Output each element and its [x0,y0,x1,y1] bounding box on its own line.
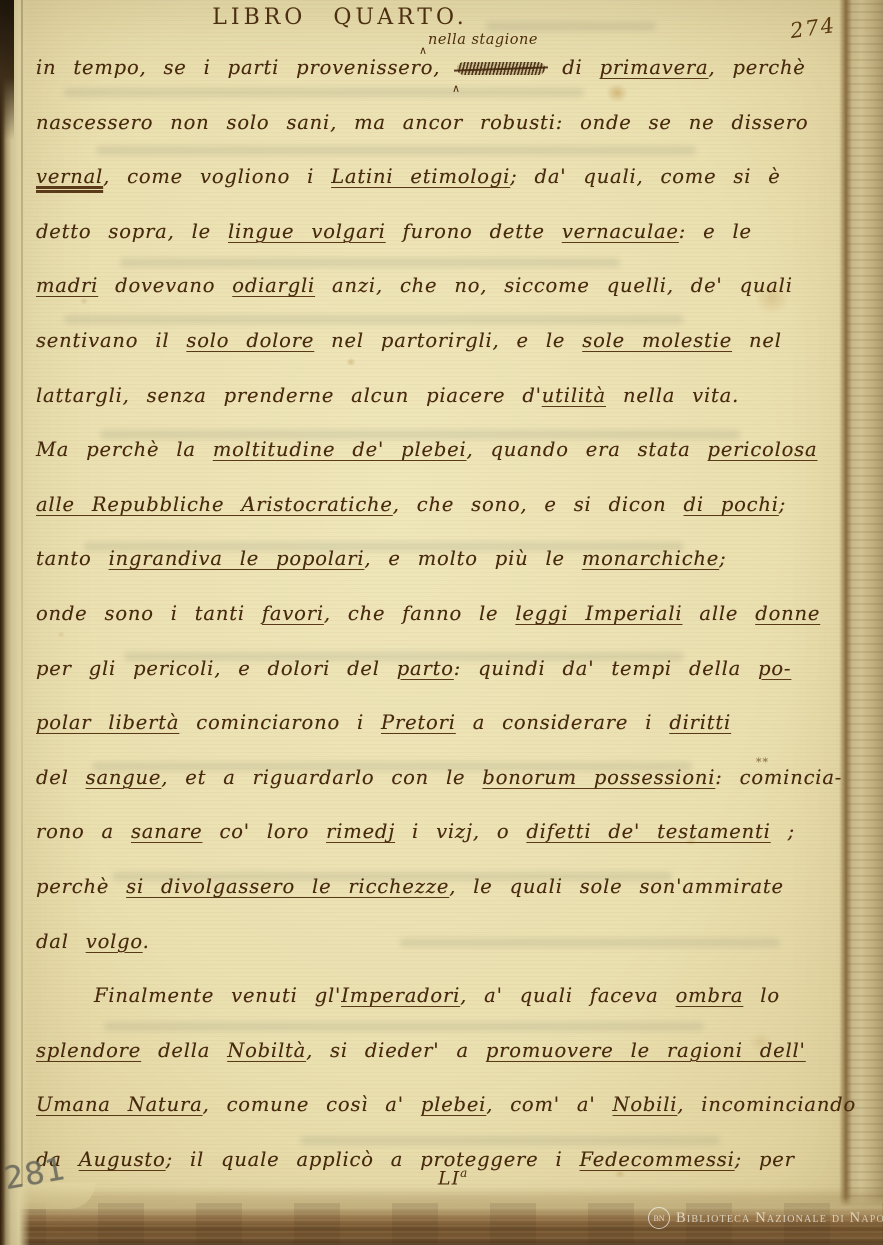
manuscript-page-scan: LIBRO QUARTO. 274 nella stagione ∧ ∧ in … [0,0,883,1245]
text-segment: nella vita. [606,384,739,407]
gutter-crease [21,0,23,1185]
text-segment: in tempo, se i parti provenissero, [36,56,457,79]
manuscript-line: onde sono i tanti favori, che fanno le l… [36,587,835,642]
manuscript-lines: in tempo, se i parti provenissero, di pr… [36,41,835,1187]
text-segment: nel [732,329,782,352]
text-segment: di [545,56,599,79]
text-segment: Ma perchè la [36,438,213,461]
text-segment: , si dieder' a [306,1039,486,1062]
text-segment: ; [771,820,795,843]
manuscript-line: splendore della Nobiltà, si dieder' a pr… [36,1024,835,1079]
underlined-word: splendore [36,1039,141,1062]
text-segment: dal [36,930,86,953]
underlined-word: parto [397,657,454,680]
text-segment: : comincia- [715,766,842,789]
text-segment: i vizj, o [395,820,526,843]
text-segment: tanto [36,547,109,570]
manuscript-line: polar libertà cominciarono i Pretori a c… [36,696,835,751]
manuscript-line: detto sopra, le lingue volgari furono de… [36,205,835,260]
underlined-word: ingrandiva le popolari [109,547,365,570]
text-segment: per gli pericoli, e dolori del [36,657,397,680]
underlined-word: madri [36,274,98,297]
underlined-word: sole molestie [582,329,732,352]
underlined-word: vernaculae [562,220,679,243]
text-segment: , le quali sole son'ammirate [449,875,784,898]
underlined-word: leggi Imperiali [515,602,682,625]
text-segment: nascessero non solo sani, ma ancor robus… [36,111,808,134]
text-segment: , com' a' [486,1093,612,1116]
text-segment: rono a [36,820,131,843]
underlined-word: donne [755,602,820,625]
underlined-word: ombra [676,984,744,1007]
page-stack-lines [847,0,883,1245]
library-logo-icon: BN [648,1207,670,1229]
underlined-word: moltitudine de' plebei [213,438,467,461]
folio-number-ink: 274 [789,13,838,43]
underlined-word: si divolgassero le ricchezze [126,875,449,898]
manuscript-line: perchè si divolgassero le ricchezze, le … [36,860,835,915]
text-segment: onde sono i tanti [36,602,262,625]
underlined-word: polar libertà [36,711,179,734]
top-left-shadow [0,0,14,140]
text-segment: nel partorirgli, e le [314,329,582,352]
library-watermark-text: Biblioteca Nazionale di Napoli [676,1210,883,1227]
underlined-word: pericolosa [708,438,818,461]
text-segment: sentivano il [36,329,186,352]
text-segment: lattargli, senza prenderne alcun piacere… [36,384,542,407]
underlined-word: Fedecommessi [580,1148,735,1171]
underlined-word: utilità [542,384,606,407]
catchword-letters: LI [438,1167,460,1189]
underlined-word: Augusto [79,1148,166,1171]
underlined-word: Nobili [613,1093,678,1116]
underlined-word: sanare [131,820,202,843]
text-segment: : e le [679,220,752,243]
text-segment: , che sono, e si dicon [393,493,684,516]
text-segment: del [36,766,86,789]
text-segment: ; [719,547,726,570]
underlined-word: favori [262,602,324,625]
manuscript-line: vernal, come vogliono i Latini etimologi… [36,150,835,205]
manuscript-line: Finalmente venuti gl'Imperadori, a' qual… [36,969,835,1024]
underlined-word: Imperadori [341,984,460,1007]
text-segment: , quando era stata [466,438,707,461]
crossed-out-word [457,62,545,75]
text-segment: , a' quali faceva [460,984,675,1007]
text-segment: , et a riguardarlo con le [161,766,482,789]
text-segment: co' loro [202,820,326,843]
underlined-word: Nobiltà [227,1039,306,1062]
text-segment: , comune così a' [203,1093,421,1116]
manuscript-line: per gli pericoli, e dolori del parto: qu… [36,642,835,697]
catchword-superscript: a [460,1166,468,1180]
underlined-word: difetti de' testamenti [526,820,770,843]
text-segment: , e molto più le [364,547,581,570]
manuscript-line: tanto ingrandiva le popolari, e molto pi… [36,532,835,587]
underlined-word: plebei [421,1093,486,1116]
text-segment: , che fanno le [324,602,516,625]
underlined-word: Umana Natura [36,1093,203,1116]
text-segment: ; da' quali, come si è [510,165,780,188]
manuscript-line: alle Repubbliche Aristocratiche, che son… [36,478,835,533]
underlined-word: monarchiche [582,547,719,570]
text-segment: a considerare i [456,711,670,734]
text-segment: cominciarono i [179,711,381,734]
text-segment: detto sopra, le [36,220,228,243]
underlined-word: solo dolore [186,329,314,352]
text-segment: perchè [36,875,126,898]
underlined-word: Latini etimologi [331,165,510,188]
text-segment: : quindi da' tempi della [454,657,758,680]
text-segment: Finalmente venuti gl' [94,984,341,1007]
underlined-word: Pretori [381,711,456,734]
manuscript-line: Umana Natura, comune così a' plebei, com… [36,1078,835,1133]
text-segment: furono dette [386,220,562,243]
underlined-word: diritti [669,711,731,734]
manuscript-line: Ma perchè la moltitudine de' plebei, qua… [36,423,835,478]
underlined-word: odiargli [232,274,315,297]
manuscript-line: lattargli, senza prenderne alcun piacere… [36,369,835,424]
margin-mark: ⁎⁎ [756,752,769,765]
underlined-word: rimedj [326,820,395,843]
manuscript-line: sentivano il solo dolore nel partorirgli… [36,314,835,369]
manuscript-line: dal volgo. [36,915,835,970]
catchword: LIa [438,1166,468,1189]
underlined-word: di pochi [684,493,779,516]
chapter-heading: LIBRO QUARTO. [150,5,530,30]
text-segment: ; il quale applicò a proteggere i [166,1148,580,1171]
text-segment: , perchè [708,56,805,79]
underlined-word: bonorum possessioni [482,766,715,789]
text-segment: ; per [735,1148,795,1171]
library-watermark: BN Biblioteca Nazionale di Napoli [648,1207,883,1229]
text-segment: , incominciando [677,1093,856,1116]
text-segment: lo [743,984,780,1007]
text-segment: dovevano [98,274,232,297]
text-segment: anzi, che no, siccome quelli, de' quali [315,274,793,297]
underlined-word: promuovere le ragioni dell' [486,1039,806,1062]
underlined-word: po- [758,657,791,680]
manuscript-line: rono a sanare co' loro rimedj i vizj, o … [36,805,835,860]
underlined-word: volgo [86,930,143,953]
underlined-word: vernal [36,165,103,188]
underlined-word: sangue [86,766,162,789]
manuscript-line: in tempo, se i parti provenissero, di pr… [36,41,835,96]
manuscript-line: nascessero non solo sani, ma ancor robus… [36,96,835,151]
text-segment: ; [779,493,786,516]
manuscript-line: madri dovevano odiargli anzi, che no, si… [36,259,835,314]
binding-gutter [0,0,30,1245]
underlined-word: primavera [600,56,709,79]
underlined-word: alle Repubbliche Aristocratiche [36,493,393,516]
manuscript-line: da Augusto; il quale applicò a protegger… [36,1133,835,1188]
manuscript-line: del sangue, et a riguardarlo con le bono… [36,751,835,806]
text-segment: della [141,1039,227,1062]
text-segment: . [143,930,150,953]
underlined-word: lingue volgari [228,220,386,243]
text-segment: , come vogliono i [103,165,331,188]
text-segment: alle [682,602,755,625]
